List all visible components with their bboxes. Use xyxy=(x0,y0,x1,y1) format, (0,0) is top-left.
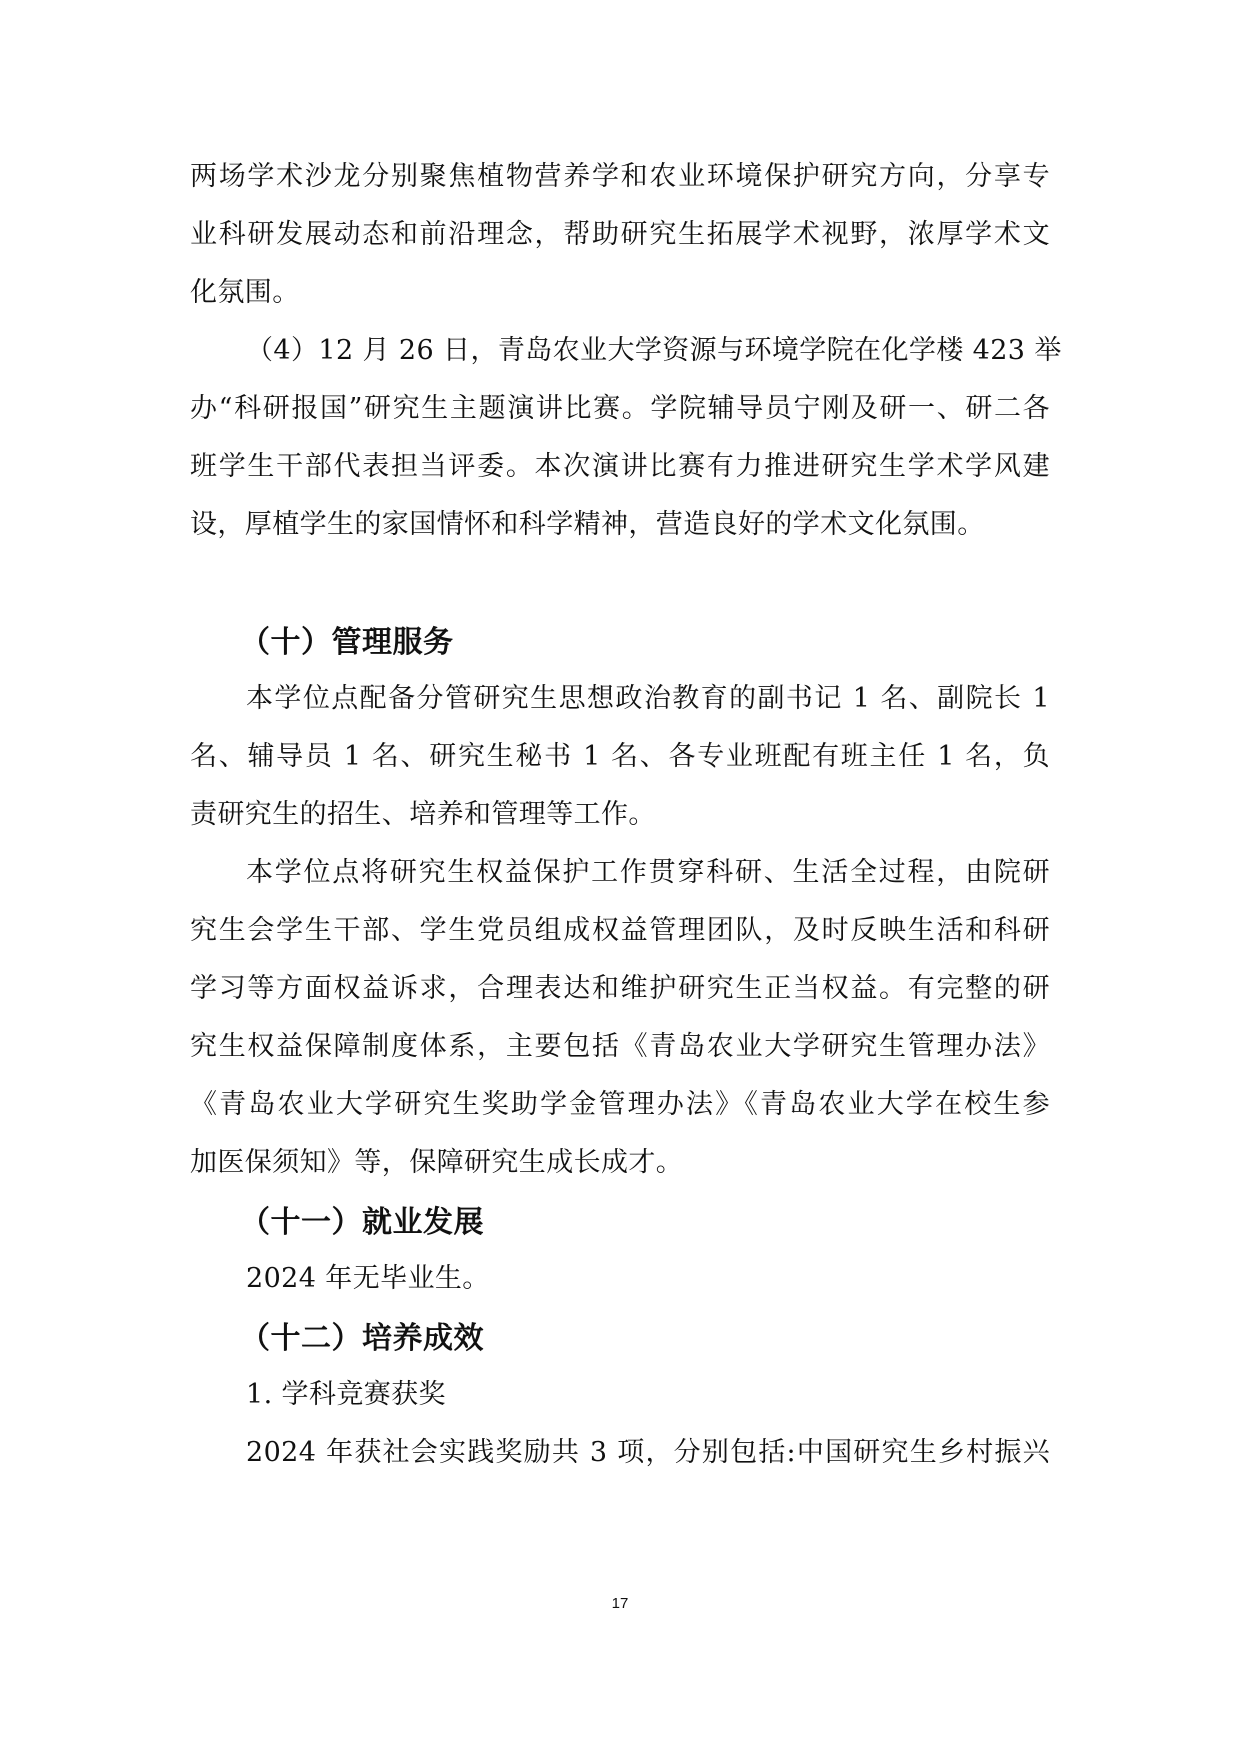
body-line: 业科研发展动态和前沿理念，帮助研究生拓展学术视野，浓厚学术文 xyxy=(190,218,1050,252)
body-line: 2024 年无毕业生。 xyxy=(246,1262,1050,1296)
body-line: 名、辅导员 1 名、研究生秘书 1 名、各专业班配有班主任 1 名，负 xyxy=(190,740,1050,774)
body-line: 责研究生的招生、培养和管理等工作。 xyxy=(190,798,1050,832)
section-heading-management: （十）管理服务 xyxy=(240,624,454,662)
body-line: 化氛围。 xyxy=(190,276,1050,310)
body-line: 2024 年获社会实践奖励共 3 项，分别包括:中国研究生乡村振兴 xyxy=(246,1436,1050,1470)
subsection-heading: 1. 学科竞赛获奖 xyxy=(246,1378,1050,1412)
body-line: 设，厚植学生的家国情怀和科学精神，营造良好的学术文化氛围。 xyxy=(190,508,1050,542)
body-line: 究生权益保障制度体系，主要包括《青岛农业大学研究生管理办法》 xyxy=(190,1030,1050,1064)
body-line: 办“科研报国”研究生主题演讲比赛。学院辅导员宁刚及研一、研二各 xyxy=(190,392,1050,426)
body-line: 班学生干部代表担当评委。本次演讲比赛有力推进研究生学术学风建 xyxy=(190,450,1050,484)
body-line: 加医保须知》等，保障研究生成长成才。 xyxy=(190,1146,1050,1180)
body-line: 《青岛农业大学研究生奖助学金管理办法》《青岛农业大学在校生参 xyxy=(190,1088,1050,1122)
page-number: 17 xyxy=(0,1595,1240,1612)
body-line: 两场学术沙龙分别聚焦植物营养学和农业环境保护研究方向，分享专 xyxy=(190,160,1050,194)
section-heading-employment: （十一）就业发展 xyxy=(240,1204,484,1242)
body-line: 学习等方面权益诉求，合理表达和维护研究生正当权益。有完整的研 xyxy=(190,972,1050,1006)
section-heading-outcomes: （十二）培养成效 xyxy=(240,1320,484,1358)
body-line: 究生会学生干部、学生党员组成权益管理团队，及时反映生活和科研 xyxy=(190,914,1050,948)
body-line: 本学位点配备分管研究生思想政治教育的副书记 1 名、副院长 1 xyxy=(246,682,1050,716)
body-line: 本学位点将研究生权益保护工作贯穿科研、生活全过程，由院研 xyxy=(246,856,1050,890)
body-line: （4）12 月 26 日，青岛农业大学资源与环境学院在化学楼 423 举 xyxy=(246,334,1050,368)
document-page: 两场学术沙龙分别聚焦植物营养学和农业环境保护研究方向，分享专 业科研发展动态和前… xyxy=(0,0,1240,1753)
